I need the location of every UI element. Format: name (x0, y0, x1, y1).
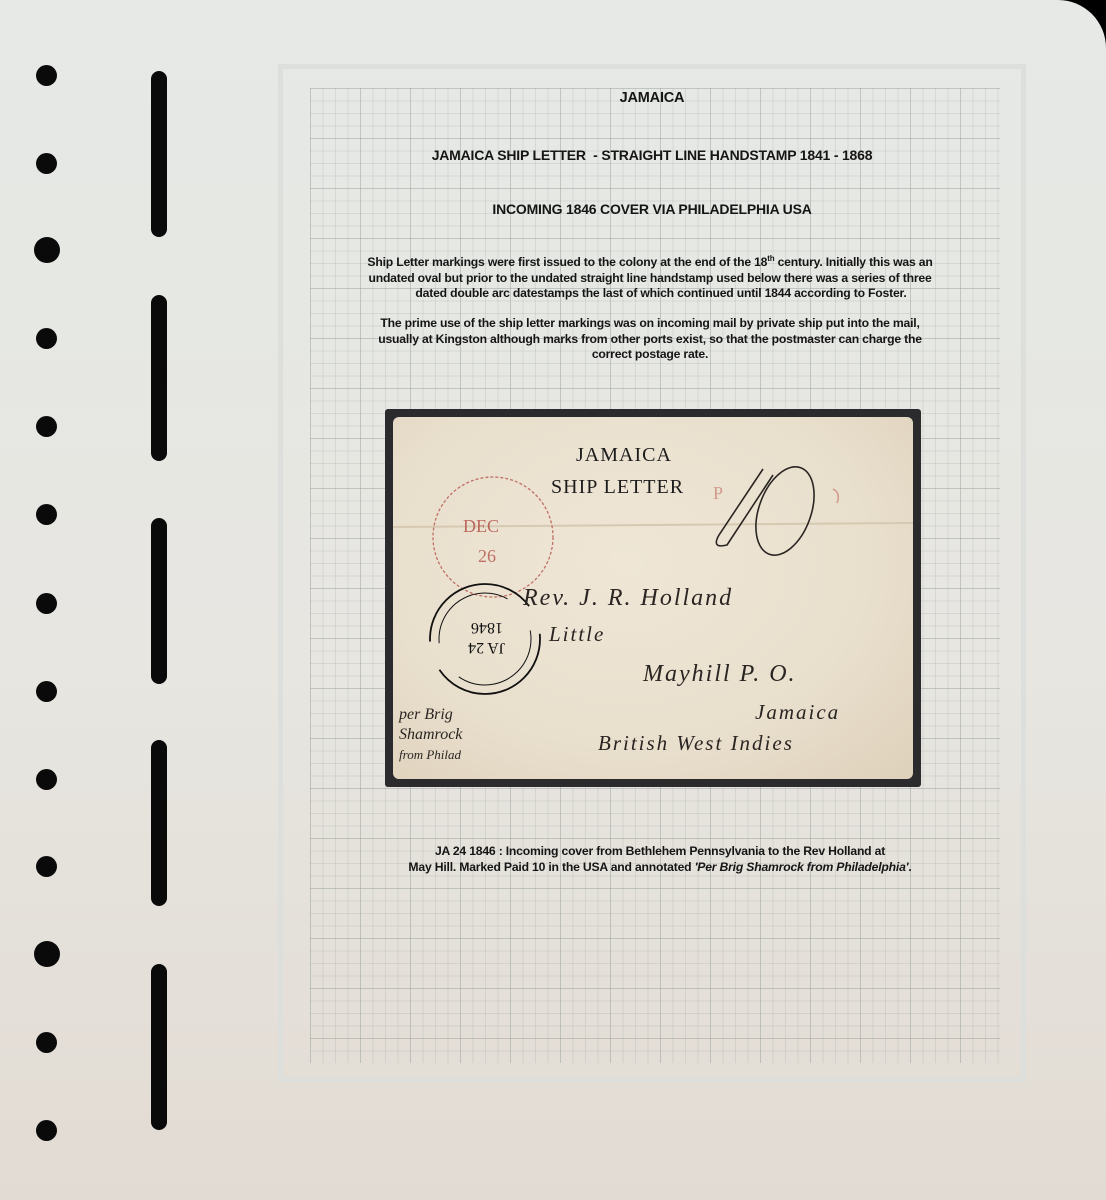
binder-slot-icon (151, 71, 167, 237)
cover-caption: JA 24 1846 : Incoming cover from Bethleh… (330, 843, 990, 875)
ship-annotation: per Brig Shamrock from Philad (399, 705, 462, 765)
binder-hole-icon (36, 65, 57, 86)
cover-mount: DEC 26 P JA 24 1846 JAMAICA SHIP LETTER … (385, 409, 921, 787)
paragraph-line: undated oval but prior to the undated st… (320, 271, 980, 287)
handstamp-jamaica: JAMAICA (576, 444, 672, 467)
svg-text:JA 24: JA 24 (468, 639, 505, 656)
binder-hole-icon (36, 328, 57, 349)
binder-hole-icon (34, 941, 60, 967)
binder-hole-icon (34, 237, 60, 263)
handstamp-ship-letter: SHIP LETTER (551, 476, 684, 499)
binder-hole-icon (36, 593, 57, 614)
binder-hole-icon (36, 769, 57, 790)
address-line: British West Indies (598, 731, 794, 756)
svg-text:1846: 1846 (471, 619, 503, 636)
address-line: Mayhill P. O. (643, 661, 797, 688)
binder-hole-icon (36, 856, 57, 877)
address-line: Little (549, 622, 605, 647)
binder-slot-icon (151, 295, 167, 461)
description-paragraph-2: The prime use of the ship letter marking… (320, 316, 980, 363)
page-title: JAMAICA (278, 90, 1026, 106)
album-page: JAMAICA JAMAICA SHIP LETTER - STRAIGHT L… (0, 0, 1106, 1200)
binder-hole-icon (36, 416, 57, 437)
description-paragraph-1: Ship Letter markings were first issued t… (320, 251, 980, 302)
address-line: Jamaica (755, 700, 840, 725)
binder-hole-icon (36, 1032, 57, 1053)
paragraph-line: correct postage rate. (320, 347, 980, 363)
paragraph-line: The prime use of the ship letter marking… (320, 316, 980, 332)
binder-hole-icon (36, 153, 57, 174)
binder-slot-icon (151, 964, 167, 1130)
binder-hole-icon (36, 504, 57, 525)
svg-text:DEC: DEC (463, 516, 499, 536)
page-subtitle-2: INCOMING 1846 COVER VIA PHILADELPHIA USA (278, 201, 1026, 217)
paragraph-line: Ship Letter markings were first issued t… (320, 251, 980, 271)
binder-slot-icon (151, 740, 167, 906)
page-subtitle: JAMAICA SHIP LETTER - STRAIGHT LINE HAND… (278, 147, 1026, 163)
svg-text:P: P (713, 483, 723, 503)
paragraph-line: dated double arc datestamps the last of … (320, 286, 980, 302)
binder-hole-icon (36, 681, 57, 702)
svg-text:26: 26 (478, 546, 496, 566)
address-line: Rev. J. R. Holland (523, 585, 733, 612)
binder-slot-icon (151, 518, 167, 684)
paragraph-line: usually at Kingston although marks from … (320, 332, 980, 348)
binder-hole-icon (36, 1120, 57, 1141)
postal-cover: DEC 26 P JA 24 1846 JAMAICA SHIP LETTER … (393, 417, 913, 779)
